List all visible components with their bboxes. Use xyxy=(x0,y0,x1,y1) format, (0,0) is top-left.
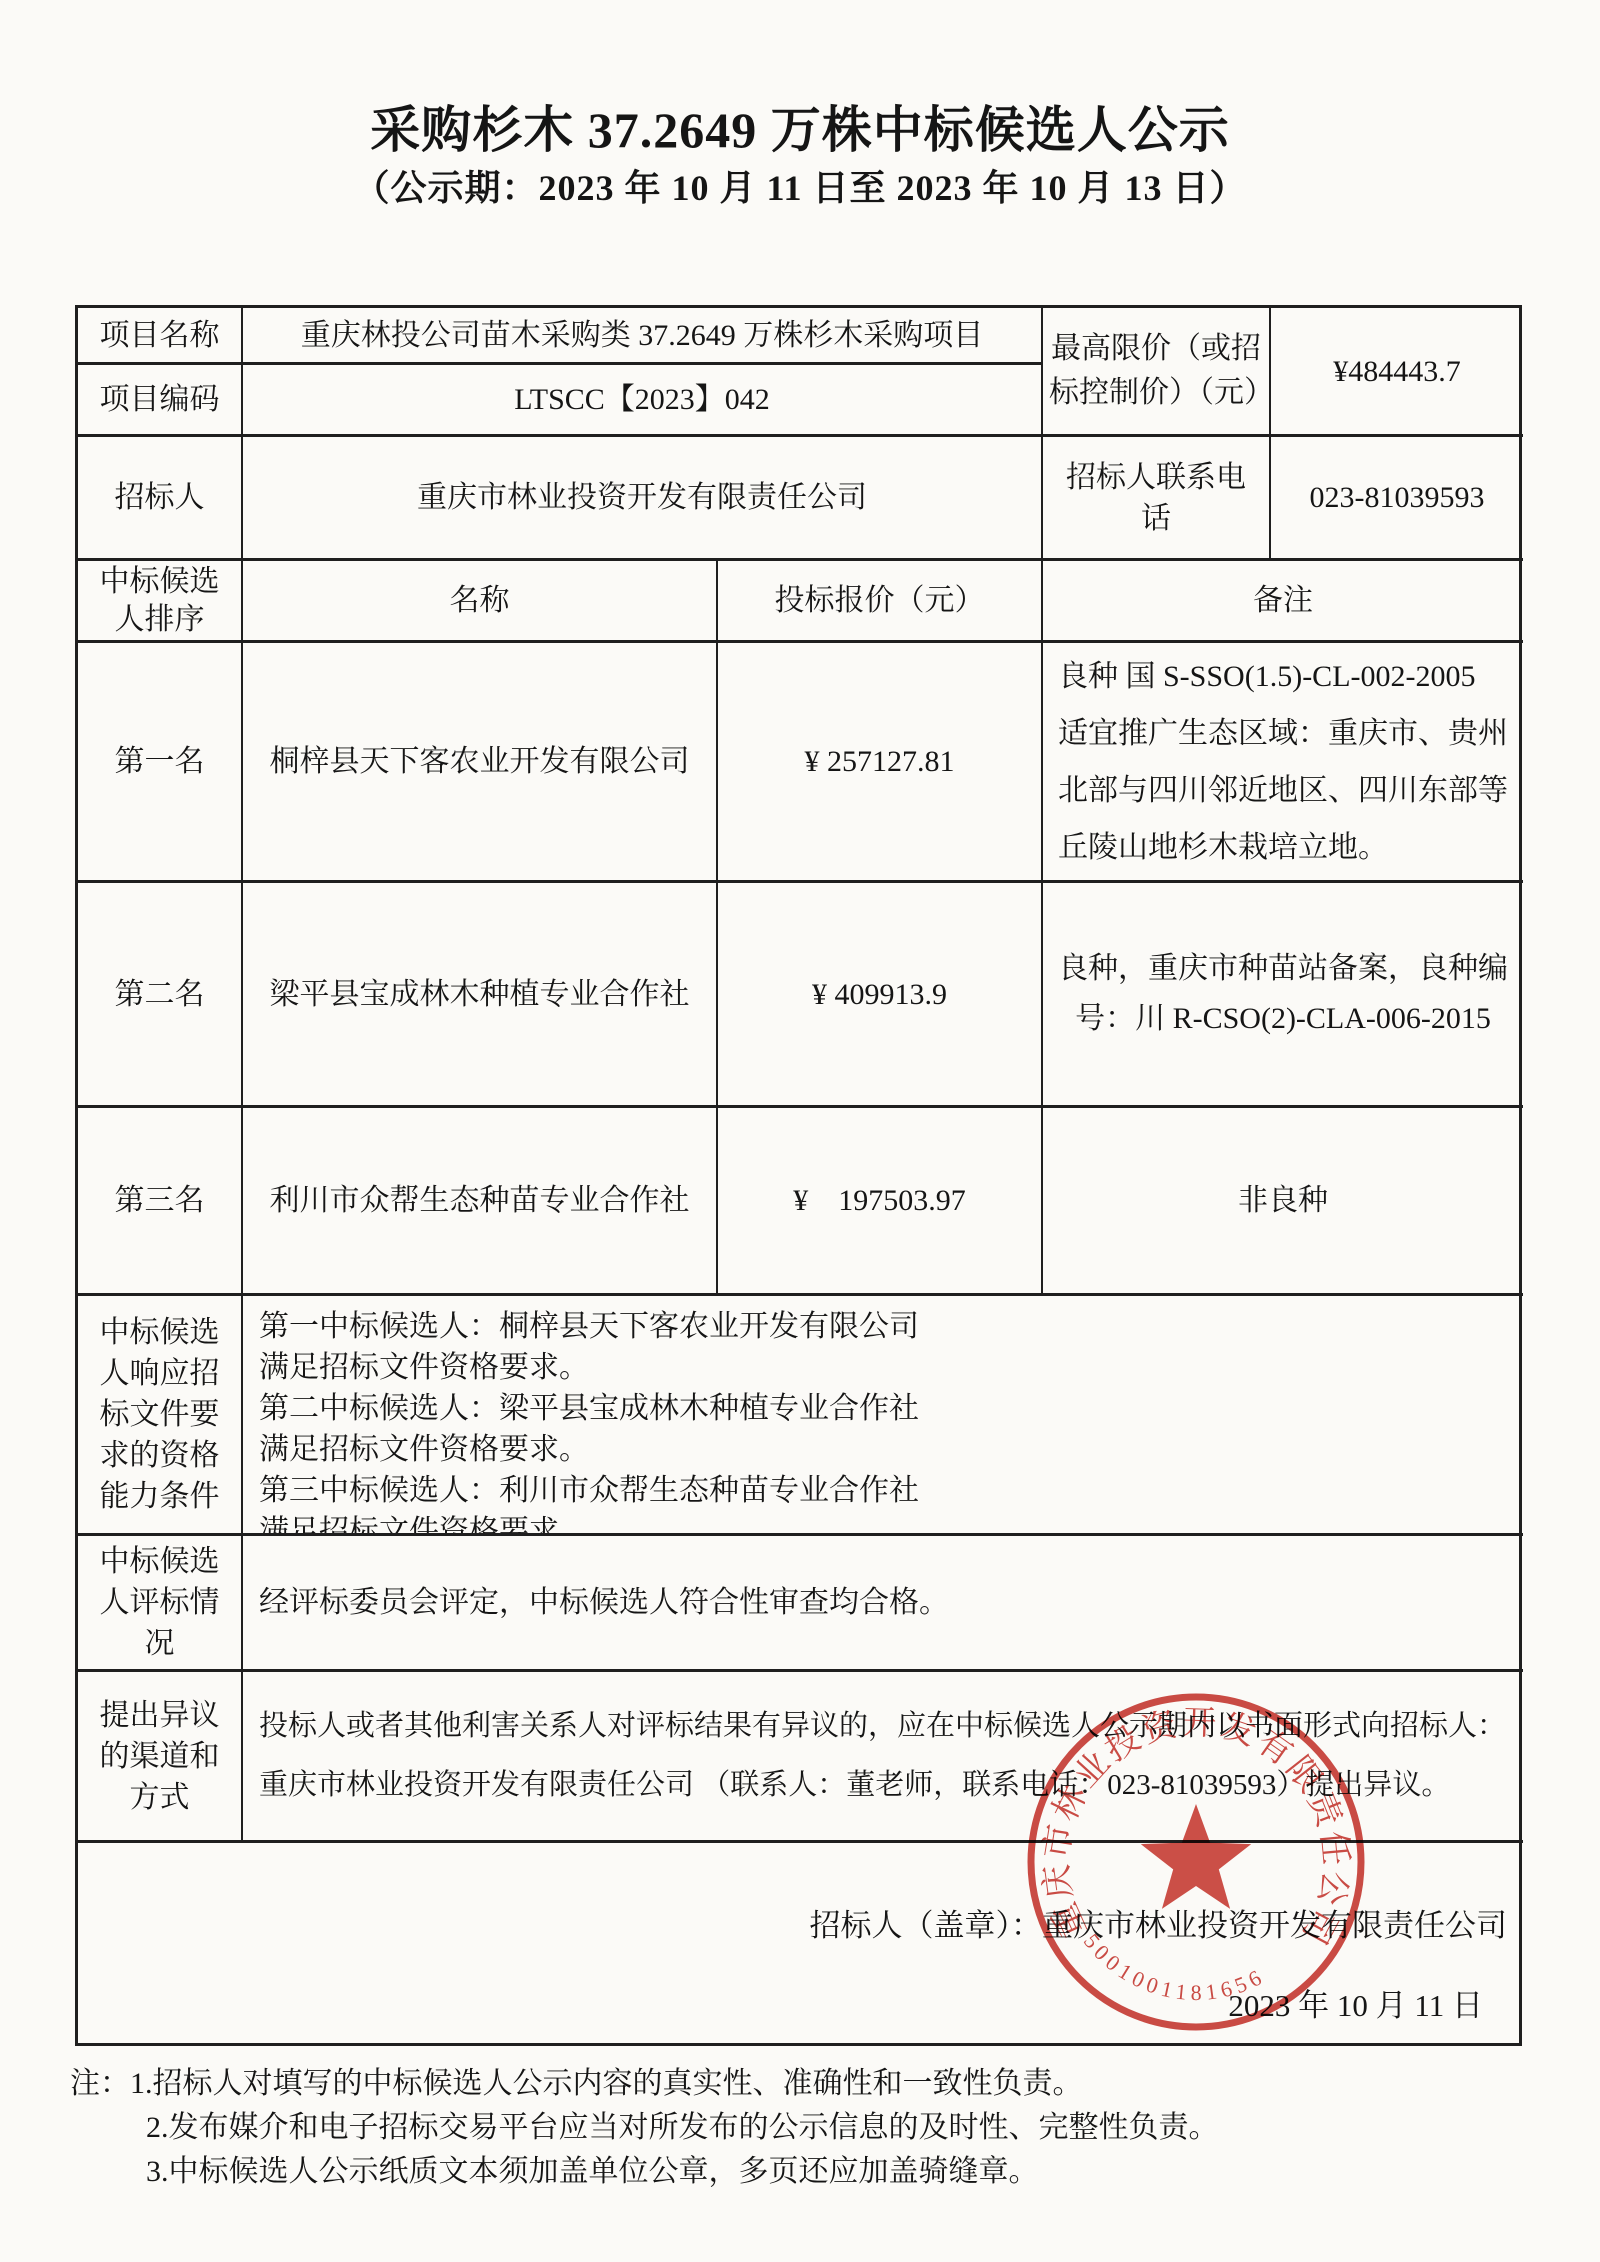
note-item: 注：1.招标人对填写的中标候选人公示内容的真实性、准确性和一致性负责。 xyxy=(70,2062,1530,2106)
candidate-price: ¥ 197503.97 xyxy=(718,1108,1043,1296)
note-item: 3.中标候选人公示纸质文本须加盖单位公章，多页还应加盖骑缝章。 xyxy=(70,2150,1530,2194)
max-price-value: ¥484443.7 xyxy=(1271,308,1523,437)
candidate-name: 桐梓县天下客农业开发有限公司 xyxy=(243,643,718,883)
objection-label: 提出异议 的渠道和 方式 xyxy=(78,1672,243,1843)
signature-cell: 招标人（盖章）：重庆市林业投资开发有限责任公司 2023 年 10 月 11 日 xyxy=(78,1843,1523,2043)
candidate-rank: 第一名 xyxy=(78,643,243,883)
candidate-rank: 第三名 xyxy=(78,1108,243,1296)
project-name-value: 重庆林投公司苗木采购类 37.2649 万株杉木采购项目 xyxy=(243,308,1043,365)
tenderer-phone-label: 招标人联系电 话 xyxy=(1043,437,1271,561)
document-page: 采购杉木 37.2649 万株中标候选人公示 （公示期：2023 年 10 月 … xyxy=(0,0,1600,2262)
candidate-remark: 良种，重庆市种苗站备案，良种编 号：川 R-CSO(2)-CLA-006-201… xyxy=(1043,883,1523,1108)
candidate-remark: 非良种 xyxy=(1043,1108,1523,1296)
bid-announcement-table: 项目名称 重庆林投公司苗木采购类 37.2649 万株杉木采购项目 最高限价（或… xyxy=(75,305,1522,2046)
candidate-name: 利川市众帮生态种苗专业合作社 xyxy=(243,1108,718,1296)
tenderer-phone-value: 023-81039593 xyxy=(1271,437,1523,561)
price-column-header: 投标报价（元） xyxy=(718,561,1043,643)
project-name-label: 项目名称 xyxy=(78,308,243,365)
objection-text: 投标人或者其他利害关系人对评标结果有异议的，应在中标候选人公示期内以书面形式向招… xyxy=(243,1672,1523,1843)
candidate-price: ¥ 257127.81 xyxy=(718,643,1043,883)
publicity-period: （公示期：2023 年 10 月 11 日至 2023 年 10 月 13 日） xyxy=(0,160,1600,211)
qualification-label: 中标候选 人响应招 标文件要 求的资格 能力条件 xyxy=(78,1296,243,1536)
signature-date: 2023 年 10 月 11 日 xyxy=(1228,1985,1483,2026)
note-item: 2.发布媒介和电子招标交易平台应当对所发布的公示信息的及时性、完整性负责。 xyxy=(70,2106,1530,2150)
max-price-label: 最高限价（或招 标控制价）（元） xyxy=(1043,308,1271,437)
tenderer-value: 重庆市林业投资开发有限责任公司 xyxy=(243,437,1043,561)
candidate-price: ¥ 409913.9 xyxy=(718,883,1043,1108)
name-column-header: 名称 xyxy=(243,561,718,643)
page-title: 采购杉木 37.2649 万株中标候选人公示 xyxy=(0,90,1600,162)
candidate-name: 梁平县宝成林木种植专业合作社 xyxy=(243,883,718,1108)
tenderer-seal-line: 招标人（盖章）：重庆市林业投资开发有限责任公司 xyxy=(810,1905,1508,1946)
footer-notes: 注：1.招标人对填写的中标候选人公示内容的真实性、准确性和一致性负责。 2.发布… xyxy=(70,2062,1530,2194)
rank-column-header: 中标候选 人排序 xyxy=(78,561,243,643)
evaluation-label: 中标候选 人评标情 况 xyxy=(78,1536,243,1672)
candidate-remark: 良种 国 S-SSO(1.5)-CL-002-2005 适宜推广生态区域：重庆市… xyxy=(1043,643,1523,883)
remark-column-header: 备注 xyxy=(1043,561,1523,643)
project-code-value: LTSCC【2023】042 xyxy=(243,365,1043,437)
qualification-text: 第一中标候选人：桐梓县天下客农业开发有限公司 满足招标文件资格要求。 第二中标候… xyxy=(243,1296,1523,1536)
tenderer-label: 招标人 xyxy=(78,437,243,561)
candidate-rank: 第二名 xyxy=(78,883,243,1108)
project-code-label: 项目编码 xyxy=(78,365,243,437)
evaluation-text: 经评标委员会评定，中标候选人符合性审查均合格。 xyxy=(243,1536,1523,1672)
